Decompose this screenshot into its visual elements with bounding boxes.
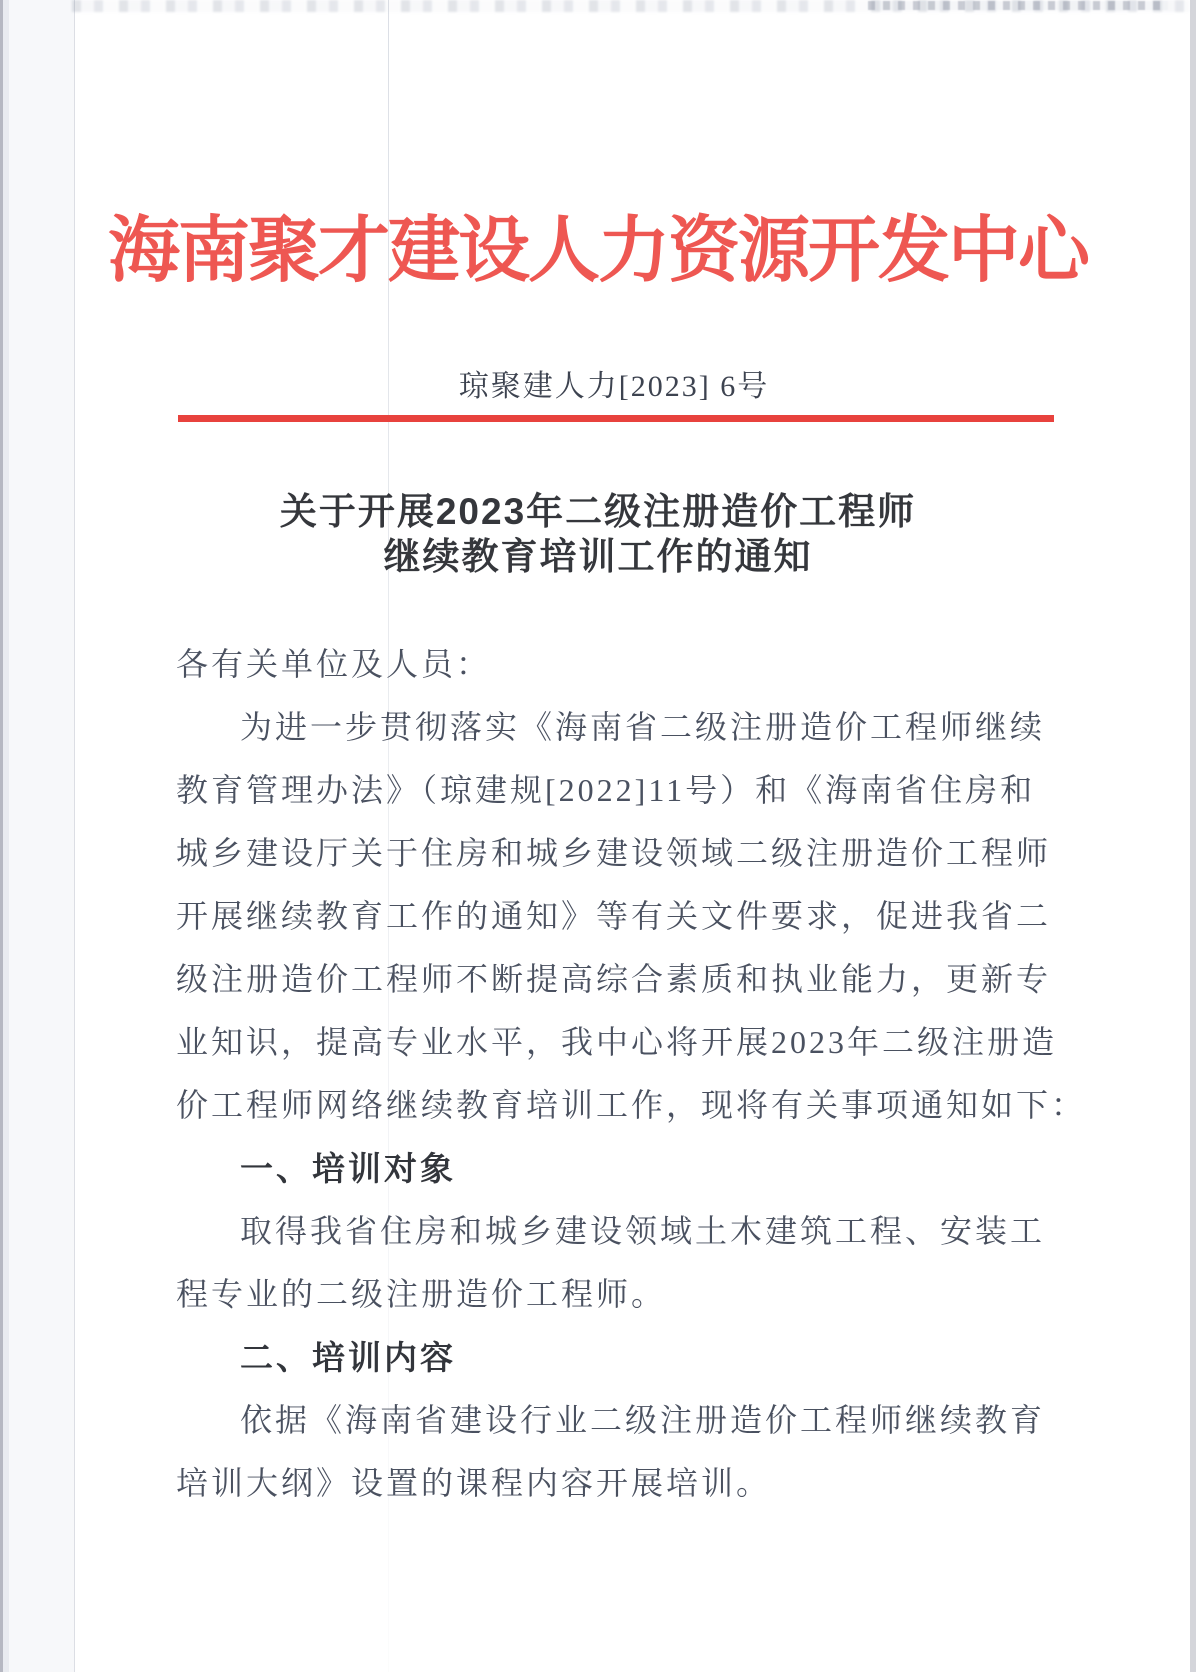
doc-number: 琼聚建人力[2023] 6号 — [32, 366, 1196, 408]
doc-title-line2: 继续教育培训工作的通知 — [0, 534, 1196, 579]
body-line: 程专业的二级注册造价工程师。 — [176, 1263, 1032, 1326]
body-line: 为进一步贯彻落实《海南省二级注册造价工程师继续 — [176, 696, 1032, 759]
body-line: 业知识，提高专业水平，我中心将开展2023年二级注册造 — [176, 1011, 1032, 1074]
body-line: 开展继续教育工作的通知》等有关文件要求，促进我省二 — [176, 885, 1032, 948]
scanned-document-page: 海南聚才建设人力资源开发中心 琼聚建人力[2023] 6号 关于开展2023年二… — [0, 0, 1196, 1672]
body-line: 级注册造价工程师不断提高综合素质和执业能力，更新专 — [176, 948, 1032, 1011]
body-line: 依据《海南省建设行业二级注册造价工程师继续教育 — [176, 1389, 1032, 1452]
letterhead-red-rule — [178, 415, 1054, 422]
section-heading: 一、培训对象 — [176, 1137, 1032, 1200]
doc-title: 关于开展2023年二级注册造价工程师 继续教育培训工作的通知 — [0, 489, 1196, 579]
org-letterhead-title: 海南聚才建设人力资源开发中心 — [0, 203, 1196, 299]
body-line: 取得我省住房和城乡建设领域土木建筑工程、安装工 — [176, 1200, 1032, 1263]
body-line: 各有关单位及人员： — [176, 633, 1032, 696]
body-line: 价工程师网络继续教育培训工作，现将有关事项通知如下： — [176, 1074, 1032, 1137]
scan-noise-top-dark — [868, 1, 1168, 10]
body-line: 教育管理办法》（琼建规[2022]11号）和《海南省住房和 — [176, 759, 1032, 822]
doc-title-line1: 关于开展2023年二级注册造价工程师 — [0, 489, 1196, 534]
body-line: 城乡建设厅关于住房和城乡建设领域二级注册造价工程师 — [176, 822, 1032, 885]
section-heading: 二、培训内容 — [176, 1326, 1032, 1389]
body-line: 培训大纲》设置的课程内容开展培训。 — [176, 1452, 1032, 1515]
document-body: 各有关单位及人员：为进一步贯彻落实《海南省二级注册造价工程师继续教育管理办法》（… — [176, 633, 1032, 1515]
